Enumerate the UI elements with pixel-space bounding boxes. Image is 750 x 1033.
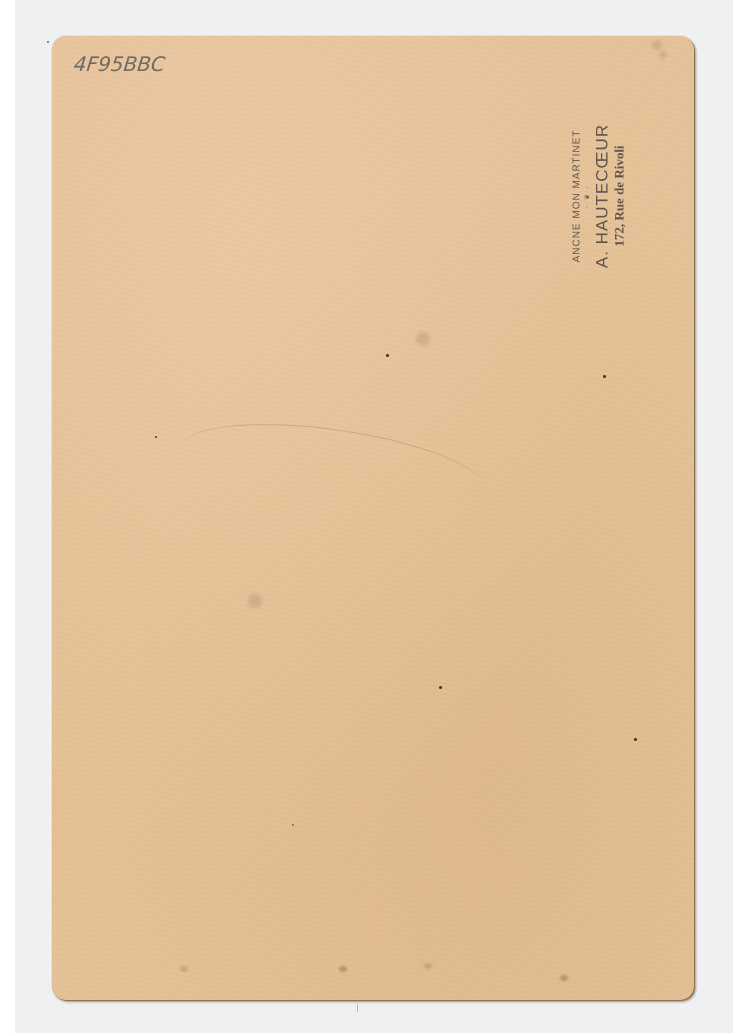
foxing-stain (248, 594, 262, 608)
handwritten-catalog-number: 4F95BBC (73, 52, 167, 76)
scuff-mark (560, 975, 568, 981)
dust-speck (634, 738, 637, 741)
foxing-stain (659, 51, 667, 59)
stamp-text-block: ANCNE MON MARTINET · ❦ · A. HAUTECŒUR 17… (572, 101, 627, 291)
dust-speck (386, 354, 389, 357)
dust-speck (292, 824, 294, 826)
dust-speck (603, 375, 606, 378)
dust-speck (47, 41, 49, 43)
dust-speck (155, 436, 157, 438)
foxing-stain (652, 40, 662, 50)
scuff-mark (424, 963, 432, 969)
scuff-mark (339, 966, 347, 972)
scan-artifact (357, 1004, 358, 1012)
scuff-mark (180, 966, 188, 972)
photo-card-back: 4F95BBC ANCNE MON MARTINET · ❦ · A. HAUT… (52, 36, 694, 1000)
stamp-studio-name: A. HAUTECŒUR (593, 101, 612, 291)
stamp-ornament: · ❦ · (584, 101, 593, 291)
foxing-stain (416, 332, 430, 346)
stamp-address: 172, Rue de Rivoli (612, 101, 627, 291)
photographer-stamp: ANCNE MON MARTINET · ❦ · A. HAUTECŒUR 17… (549, 96, 649, 296)
hair-mark (179, 408, 492, 492)
dust-speck (439, 686, 442, 689)
stamp-predecessor-line: ANCNE MON MARTINET (572, 101, 584, 291)
